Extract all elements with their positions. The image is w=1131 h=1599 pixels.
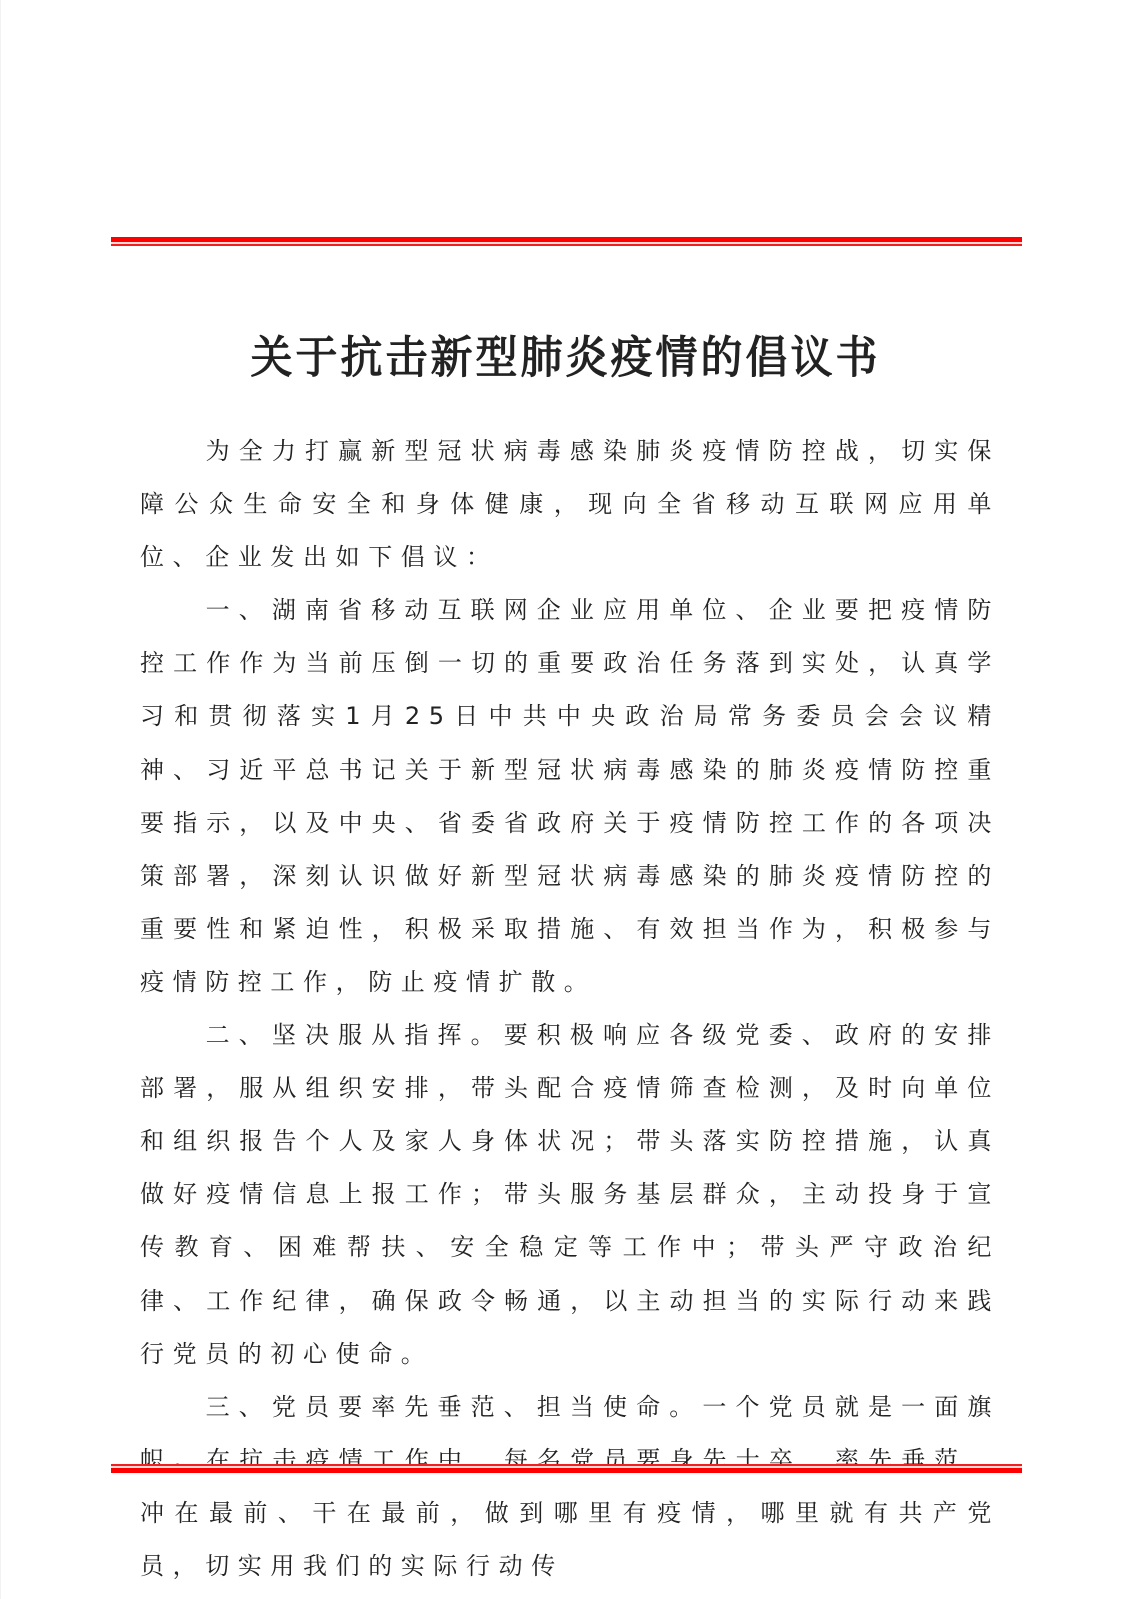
red-footer-rule [111, 1464, 1022, 1473]
page-edge [0, 0, 1, 1599]
red-header-rule [111, 237, 1022, 246]
document-title: 关于抗击新型肺炎疫情的倡议书 [0, 329, 1131, 388]
paragraph-item-3: 三、党员要率先垂范、担当使命。一个党员就是一面旗帜。在抗击疫情工作中，每名党员要… [140, 1381, 1000, 1593]
paragraph-item-2: 二、坚决服从指挥。要积极响应各级党委、政府的安排部署，服从组织安排，带头配合疫情… [140, 1009, 1000, 1381]
document-body: 为全力打赢新型冠状病毒感染肺炎疫情防控战，切实保障公众生命安全和身体健康，现向全… [140, 425, 1000, 1593]
paragraph-intro: 为全力打赢新型冠状病毒感染肺炎疫情防控战，切实保障公众生命安全和身体健康，现向全… [140, 425, 1000, 584]
paragraph-item-1: 一、湖南省移动互联网企业应用单位、企业要把疫情防控工作作为当前压倒一切的重要政治… [140, 584, 1000, 1009]
red-rule-thin [111, 244, 1022, 246]
red-rule-thick [111, 1468, 1022, 1473]
